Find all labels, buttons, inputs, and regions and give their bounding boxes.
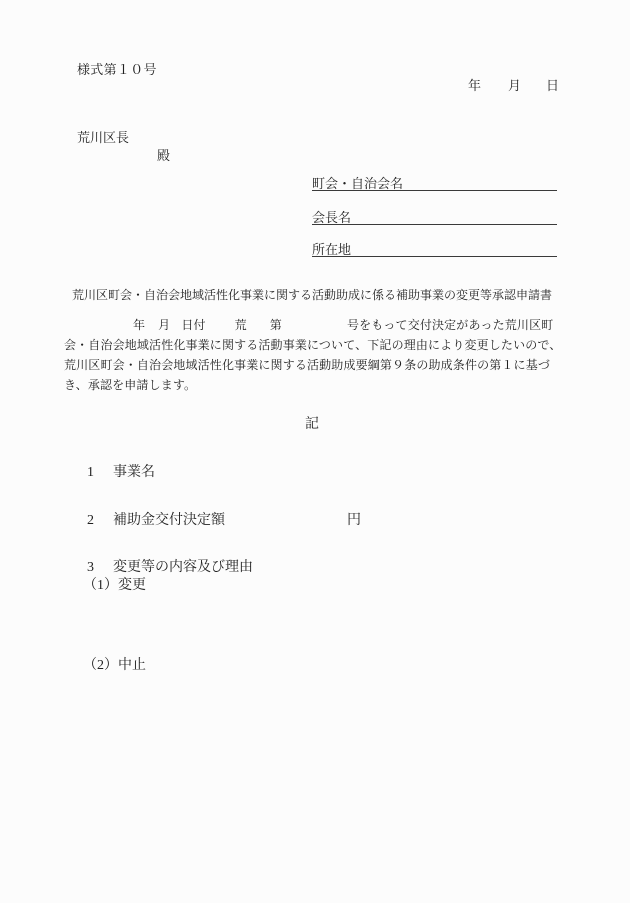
yen-unit-label: 円 (347, 513, 361, 528)
paragraph-line-4: き、承認を申請します。 (64, 378, 196, 392)
field-association-name-label: 町会・自治会名 (312, 176, 403, 191)
subitem-label: 中止 (118, 658, 146, 673)
body-paragraph: 年月日付荒第号をもって交付決定があった荒川区町 会・自治会地域活性化事業に関する… (64, 318, 564, 398)
date-day-label: 日 (546, 78, 559, 93)
item-project-name: 1事業名 (87, 465, 155, 480)
item-number: 2 (87, 513, 113, 528)
field-address-label: 所在地 (312, 242, 351, 257)
paragraph-line-1: 年月日付荒第号をもって交付決定があった荒川区町 (64, 318, 553, 332)
field-chairman-name-label: 会長名 (312, 210, 351, 225)
blank-year-label: 年 (133, 318, 145, 332)
subitem-number: （2） (83, 658, 118, 673)
form-number: 様式第１０号 (77, 62, 157, 77)
addressee: 荒川区長 (77, 130, 129, 145)
subitem-cancel: （2）中止 (83, 658, 146, 673)
item-number: 1 (87, 465, 113, 480)
document-page: 様式第１０号 年月日 荒川区長 殿 町会・自治会名 会長名 所在地 荒川区町会・… (0, 0, 630, 903)
field-association-name: 町会・自治会名 (312, 177, 557, 191)
subitem-label: 変更 (118, 578, 146, 593)
date-line: 年月日 (468, 78, 559, 93)
item-number: 3 (87, 560, 113, 575)
subitem-number: （1） (83, 578, 118, 593)
notation-ki: 記 (305, 417, 319, 432)
field-address: 所在地 (312, 243, 557, 257)
paragraph-line-3: 荒川区町会・自治会地域活性化事業に関する活動助成要綱第９条の助成条件の第１に基づ (64, 358, 550, 372)
item-label: 補助金交付決定額 (113, 513, 225, 528)
ara-prefix-label: 荒 (235, 318, 247, 332)
item-label: 変更等の内容及び理由 (113, 560, 253, 575)
honorific-dono: 殿 (157, 148, 170, 163)
item-change-details: 3変更等の内容及び理由 (87, 560, 253, 575)
item-label: 事業名 (113, 465, 155, 480)
paragraph-line-2: 会・自治会地域活性化事業に関する活動事業について、下記の理由により変更したいので… (64, 338, 561, 352)
number-suffix-text: 号をもって交付決定があった荒川区町 (347, 318, 553, 332)
field-chairman-name: 会長名 (312, 211, 557, 225)
blank-day-label: 日付 (181, 318, 205, 332)
document-title: 荒川区町会・自治会地域活性化事業に関する活動助成に係る補助事業の変更等承認申請書 (64, 288, 560, 302)
item-subsidy-amount: 2補助金交付決定額 円 (87, 513, 225, 528)
dai-prefix-label: 第 (270, 318, 282, 332)
date-year-label: 年 (468, 78, 481, 93)
subitem-change: （1）変更 (83, 578, 146, 593)
date-month-label: 月 (508, 78, 521, 93)
blank-month-label: 月 (158, 318, 170, 332)
